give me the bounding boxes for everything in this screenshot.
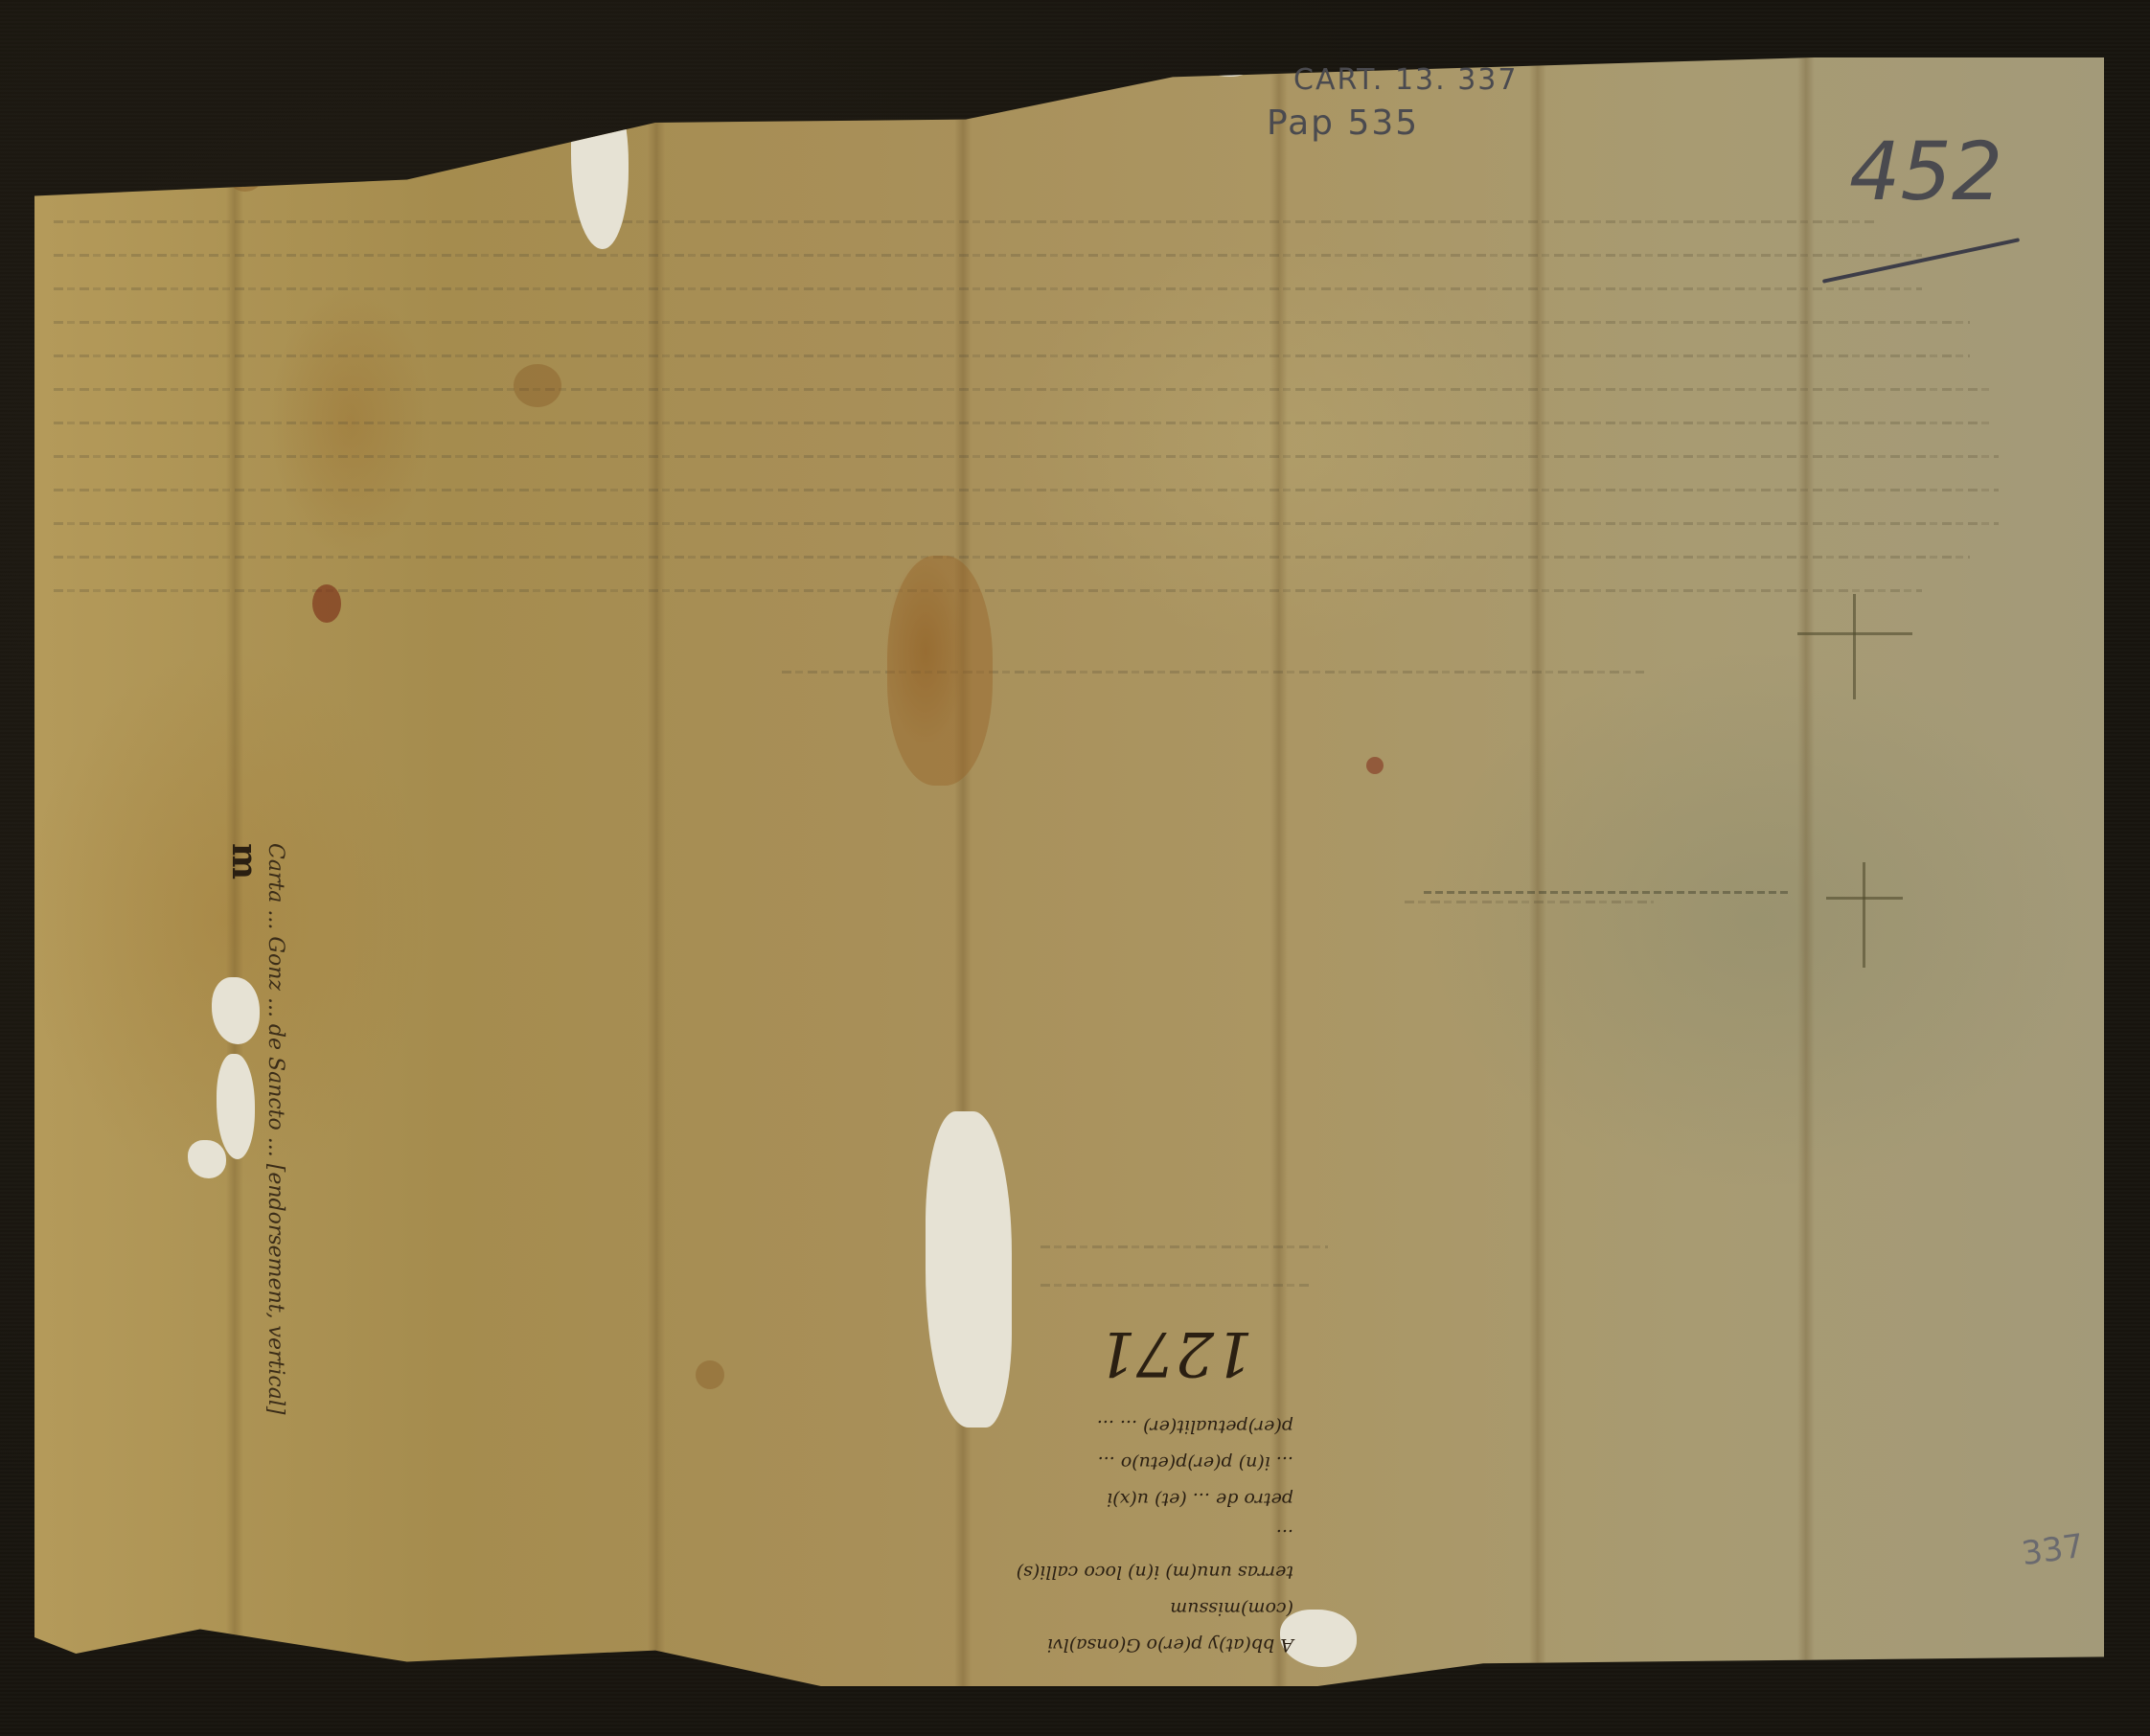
shelfmark-line2: Pap 535 bbox=[1267, 103, 1419, 143]
show-through-text bbox=[54, 556, 1970, 559]
show-through-text bbox=[1041, 1245, 1328, 1248]
archive-number: 452 bbox=[1849, 125, 2002, 218]
stain bbox=[514, 364, 561, 407]
show-through-text bbox=[54, 220, 1874, 223]
endorsement-line: ... i(n) p(er)p(etu)o ... bbox=[1006, 1445, 1293, 1481]
endorsement-line: terras unu(m) i(n) loco calli(s) ... bbox=[1006, 1518, 1293, 1590]
endorsement-line: p(er)petualit(er) ... ... bbox=[1006, 1408, 1293, 1445]
show-through-text bbox=[54, 489, 1999, 491]
show-through-text bbox=[54, 522, 1999, 525]
show-through-text bbox=[54, 388, 1989, 391]
stain bbox=[887, 556, 993, 786]
stain bbox=[312, 584, 341, 623]
fold-line bbox=[954, 57, 972, 1686]
stain bbox=[696, 1360, 724, 1389]
left-endorsement: Carta ... Gonz ... de Sancto ... [endors… bbox=[263, 843, 287, 1414]
parchment-hole bbox=[217, 1054, 255, 1159]
endorsement-line: A bb(at)y p(er)o G(onsa)lvi (com)missum bbox=[1006, 1590, 1293, 1663]
parchment-hole bbox=[926, 1111, 1012, 1428]
show-through-text bbox=[54, 354, 1970, 357]
signature-line bbox=[1424, 891, 1788, 894]
endorsement-line: petro de ... (et) u(x)i bbox=[1006, 1481, 1293, 1518]
show-through-text bbox=[54, 321, 1970, 324]
fold-line bbox=[1529, 57, 1546, 1686]
stain bbox=[1366, 757, 1384, 774]
endorsement-block: A bb(at)y p(er)o G(onsa)lvi (com)missum … bbox=[1006, 1408, 1293, 1663]
shelfmark-line1: CART. 13. 337 bbox=[1293, 63, 1518, 97]
show-through-text bbox=[1405, 901, 1654, 903]
show-through-text bbox=[54, 422, 1989, 424]
fold-line bbox=[1797, 57, 1815, 1686]
fold-line bbox=[648, 57, 665, 1686]
show-through-text bbox=[1041, 1284, 1309, 1287]
show-through-text bbox=[54, 455, 1999, 458]
parchment-hole bbox=[188, 1140, 226, 1178]
show-through-text bbox=[54, 287, 1922, 290]
date-endorsement: 1271 bbox=[1097, 1317, 1253, 1388]
lower-cross-signum bbox=[1826, 862, 1903, 968]
parchment-hole bbox=[212, 977, 260, 1044]
left-mark: m bbox=[224, 843, 264, 879]
upper-cross-signum bbox=[1797, 594, 1912, 738]
show-through-text bbox=[54, 254, 1922, 257]
